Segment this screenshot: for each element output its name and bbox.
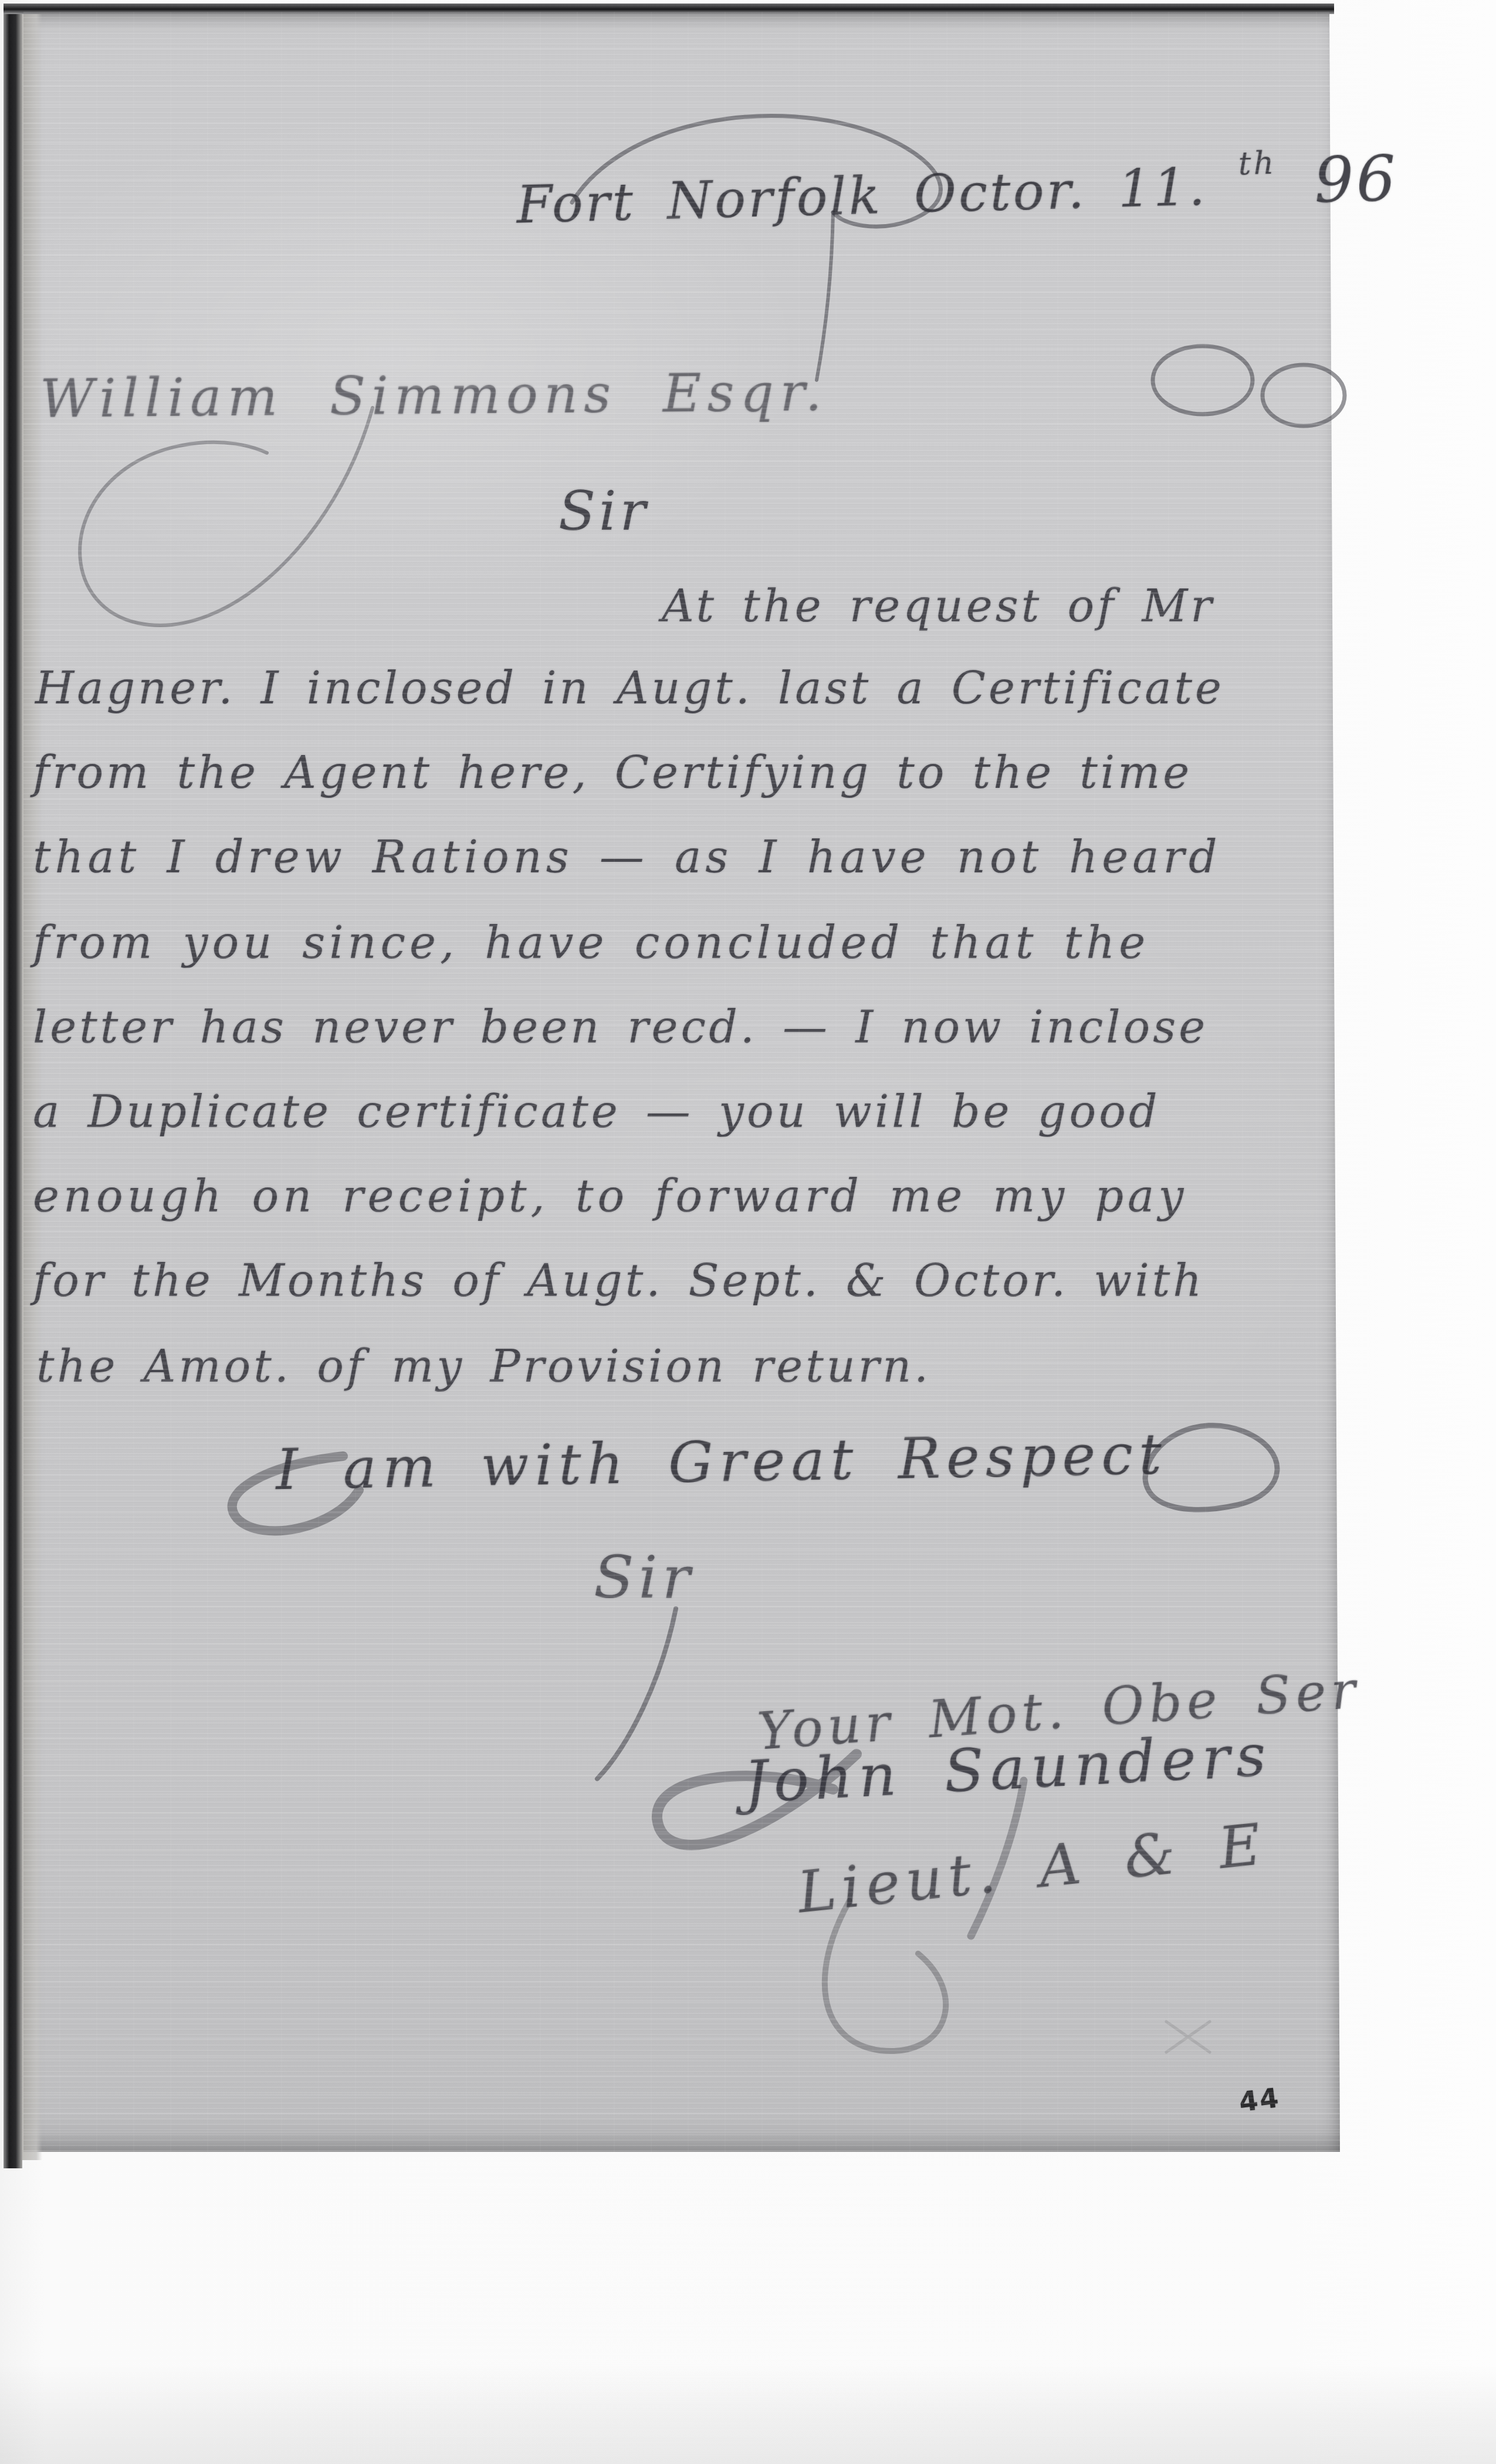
dateline-superscript: th: [1238, 144, 1277, 182]
body-line-7: a Duplicate certificate — you will be go…: [33, 1085, 1160, 1138]
dateline-year: 96: [1313, 142, 1399, 216]
salutation: Sir: [559, 480, 649, 543]
addressee-line: William Simmons Esqr.: [40, 361, 828, 430]
body-line-4: that I drew Rations — as I have not hear…: [33, 831, 1221, 883]
paper-fold-edge: [22, 8, 42, 2160]
scan-gutter-shadow: [4, 5, 22, 2168]
body-line-10: the Amot. of my Provision return.: [36, 1340, 931, 1392]
scan-bottom-band: [0, 2364, 1496, 2464]
body-line-5: from you since, have concluded that the: [33, 916, 1149, 969]
scanned-letter-page: Fort Norfolk Octor. 11. th 96 William Si…: [0, 0, 1496, 2464]
body-line-2: Hagner. I inclosed in Augt. last a Certi…: [35, 662, 1224, 714]
body-line-1: At the request of Mr: [662, 580, 1215, 632]
scan-top-shadow: [4, 4, 1334, 14]
page-number: 44: [1237, 2081, 1282, 2118]
body-line-9: for the Months of Augt. Sept. & Octor. w…: [33, 1254, 1204, 1307]
body-line-6: letter has never been recd. — I now incl…: [33, 1001, 1208, 1053]
closing-sir: Sir: [594, 1543, 695, 1612]
body-line-3: from the Agent here, Certifying to the t…: [33, 746, 1192, 798]
body-line-8: enough on receipt, to forward me my pay: [33, 1170, 1187, 1222]
